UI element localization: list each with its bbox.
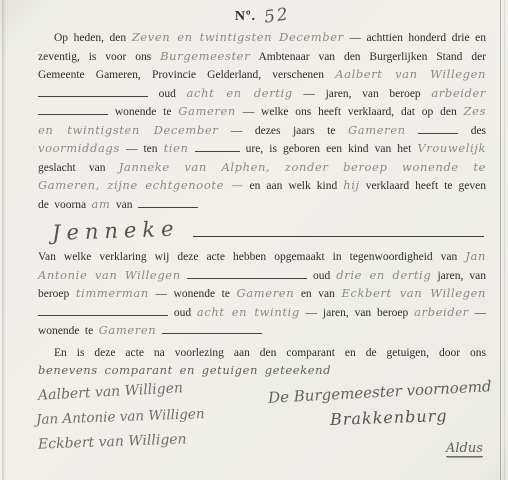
blank-line bbox=[38, 111, 108, 115]
printed-text: oud bbox=[313, 270, 330, 282]
child-name-line: Jenneke bbox=[38, 215, 486, 243]
paragraph-witnesses: Van welke verklaring wij deze acte hebbe… bbox=[38, 248, 486, 341]
paragraph-opening: Op heden, den Zeven en twintigsten Decem… bbox=[38, 29, 486, 214]
paragraph-closing: En is deze acte na voorlezing aan den co… bbox=[38, 345, 486, 381]
handwritten-witness1-age: drie en dertig bbox=[336, 268, 431, 282]
blank-line bbox=[162, 330, 262, 334]
act-number-value: 52 bbox=[262, 4, 290, 27]
signature-burgemeester: Brakkenburg bbox=[330, 405, 448, 428]
handwritten-child-name: Jenneke bbox=[38, 217, 180, 246]
printed-text: — wonende te bbox=[155, 288, 229, 300]
signature-official-title: De Burgemeester voornoemd bbox=[268, 377, 492, 407]
printed-text: ure, is geboren een kind van het bbox=[246, 143, 412, 155]
signature-witness2: Eckbert van Willigen bbox=[38, 431, 187, 452]
handwritten-closing: benevens comparant en getuigen geteekend bbox=[38, 363, 331, 377]
printed-text: geslacht van bbox=[38, 162, 105, 174]
handwritten-witness2-age: acht en twintig bbox=[197, 305, 300, 319]
page-right-edge bbox=[500, 0, 501, 480]
blank-line bbox=[38, 93, 148, 97]
blank-line bbox=[418, 130, 458, 134]
page-right-edge-faint bbox=[504, 0, 505, 480]
printed-text: en aan welk kind bbox=[250, 180, 338, 192]
signature-note-aldus: Aldus bbox=[446, 441, 483, 457]
printed-text: van bbox=[116, 199, 133, 211]
printed-text: oud bbox=[159, 88, 176, 100]
page-left-edge bbox=[2, 0, 6, 480]
rule-line bbox=[193, 236, 484, 237]
handwritten-witness2-occupation: arbeider bbox=[414, 305, 469, 319]
printed-text: — dezes jaars te bbox=[231, 125, 336, 137]
printed-text: — welke ons heeft verklaard, dat op den bbox=[243, 106, 457, 118]
document-page: Nº. 52 Op heden, den Zeven en twintigste… bbox=[0, 0, 508, 480]
handwritten-declarant-name: Aalbert van Willegen bbox=[335, 67, 486, 81]
handwritten-pronoun: hij bbox=[343, 178, 359, 192]
handwritten-voornaam-suffix: am bbox=[92, 197, 111, 211]
blank-line bbox=[38, 312, 168, 316]
printed-text: Op heden, den bbox=[54, 32, 126, 44]
handwritten-declarant-age: acht en dertig bbox=[187, 86, 293, 100]
handwritten-witness2-residence: Gameren bbox=[99, 323, 157, 337]
handwritten-witness2-name: Eckbert van Willegen bbox=[341, 286, 486, 300]
signature-declarant: Aalbert van Willigen bbox=[38, 380, 184, 404]
printed-text: — ten bbox=[126, 143, 158, 155]
printed-text: wonende te bbox=[115, 106, 172, 118]
document-content: Nº. 52 Op heden, den Zeven en twintigste… bbox=[0, 0, 508, 477]
handwritten-birth-hour: tien bbox=[164, 141, 189, 155]
signature-witness1: Jan Antonie van Willigen bbox=[36, 406, 205, 428]
signature-block: Aalbert van Willigen Jan Antonie van Wil… bbox=[38, 383, 486, 477]
handwritten-declarant-residence: Gameren bbox=[178, 104, 236, 118]
printed-text: En is deze acte na voorlezing aan den co… bbox=[54, 347, 486, 359]
printed-text: oud bbox=[174, 307, 191, 319]
blank-line bbox=[138, 204, 198, 208]
handwritten-birth-place: Gameren bbox=[348, 123, 406, 137]
act-number: Nº. 52 bbox=[38, 5, 486, 25]
handwritten-declarant-occupation: arbeider bbox=[431, 86, 486, 100]
handwritten-time-of-day: voormiddags bbox=[38, 141, 120, 155]
blank-line bbox=[187, 275, 307, 279]
blank-line bbox=[195, 148, 240, 152]
handwritten-witness1-occupation: timmerman bbox=[76, 286, 149, 300]
printed-text: — jaren, van beroep bbox=[303, 88, 420, 100]
printed-text: Van welke verklaring wij deze acte hebbe… bbox=[38, 251, 457, 263]
printed-text: en van bbox=[301, 288, 335, 300]
act-number-label: Nº. bbox=[235, 9, 256, 24]
handwritten-act-date: Zeven en twintigsten December bbox=[132, 30, 344, 44]
printed-text: — jaren, van beroep bbox=[306, 307, 409, 319]
printed-text: des bbox=[471, 125, 486, 137]
handwritten-witness1-residence: Gameren bbox=[237, 286, 295, 300]
handwritten-official-title: Burgemeester bbox=[160, 49, 250, 63]
handwritten-child-gender: Vrouwelijk bbox=[417, 141, 486, 155]
